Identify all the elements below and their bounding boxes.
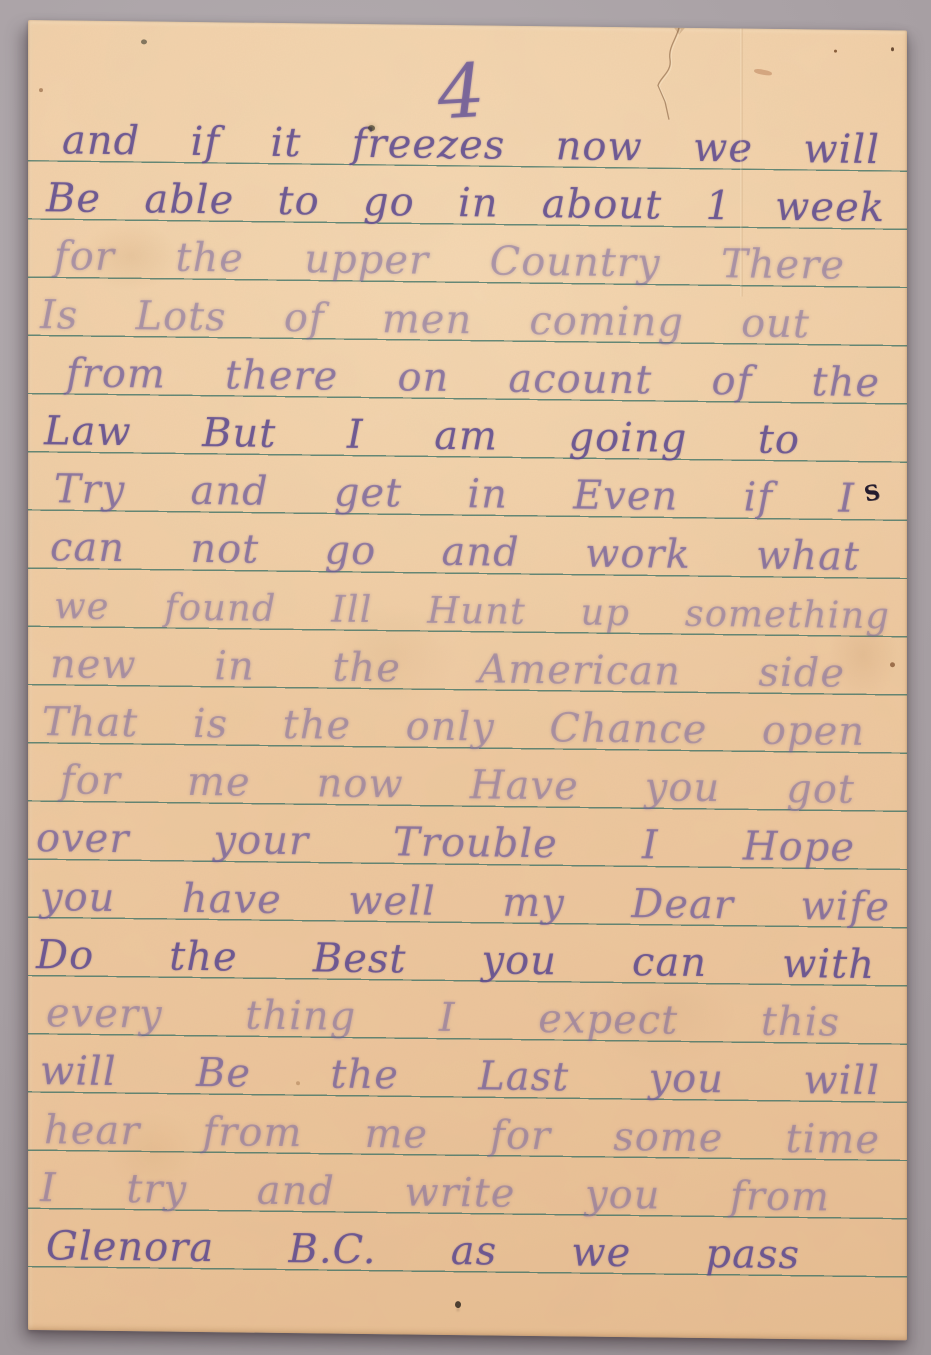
- handwriting-line: and if it freezes now we will: [62, 115, 880, 175]
- handwriting-line: That is the only Chance open: [42, 697, 865, 757]
- stain-speck: [455, 1301, 461, 1308]
- handwriting-line: new in the American side: [50, 639, 845, 698]
- stain-speck: [834, 50, 837, 53]
- handwriting-line: I try and write you from: [40, 1163, 830, 1222]
- stain-speck: [891, 47, 894, 51]
- stain-speck: [368, 125, 375, 131]
- handwriting-line: will Be the Last you will: [40, 1046, 880, 1106]
- ink-blot: S: [857, 478, 888, 509]
- handwriting-line: Be able to go in about 1 week: [46, 173, 885, 233]
- stain-speck: [141, 39, 147, 44]
- handwriting-line: Law But I am going to: [44, 406, 800, 465]
- stain-smudge: [754, 68, 773, 76]
- handwriting-line: over your Trouble I Hope: [36, 813, 855, 873]
- handwriting-line: Try and get in Even if I: [54, 464, 855, 524]
- handwriting-line: Is Lots of men coming out: [40, 290, 810, 349]
- stain-speck: [39, 88, 43, 92]
- handwriting-line: can not go and work what: [50, 522, 860, 582]
- stain-speck: [296, 1081, 300, 1085]
- paper-tear: [628, 27, 748, 138]
- paper-crease: [740, 28, 743, 296]
- handwriting-line: Do the Best you can with: [36, 930, 875, 990]
- handwriting-line: from there on acount of the: [66, 348, 880, 408]
- handwriting-line: hear from me for some time: [44, 1105, 880, 1165]
- handwriting-line: for the upper Country There: [54, 231, 845, 290]
- handwriting-line: you have well my Dear wife: [40, 872, 890, 932]
- handwriting-line: for me now Have you got: [60, 755, 855, 814]
- letter-page: 4 and if it freezes now we will Be able …: [28, 20, 907, 1340]
- handwriting-line: every thing I expect this: [46, 988, 840, 1047]
- photograph-background: 4 and if it freezes now we will Be able …: [0, 0, 931, 1355]
- handwriting-line: Glenora B.C. as we pass: [46, 1221, 800, 1280]
- handwriting-line: we found Ill Hunt up something: [54, 581, 890, 641]
- stain-speck: [890, 662, 895, 667]
